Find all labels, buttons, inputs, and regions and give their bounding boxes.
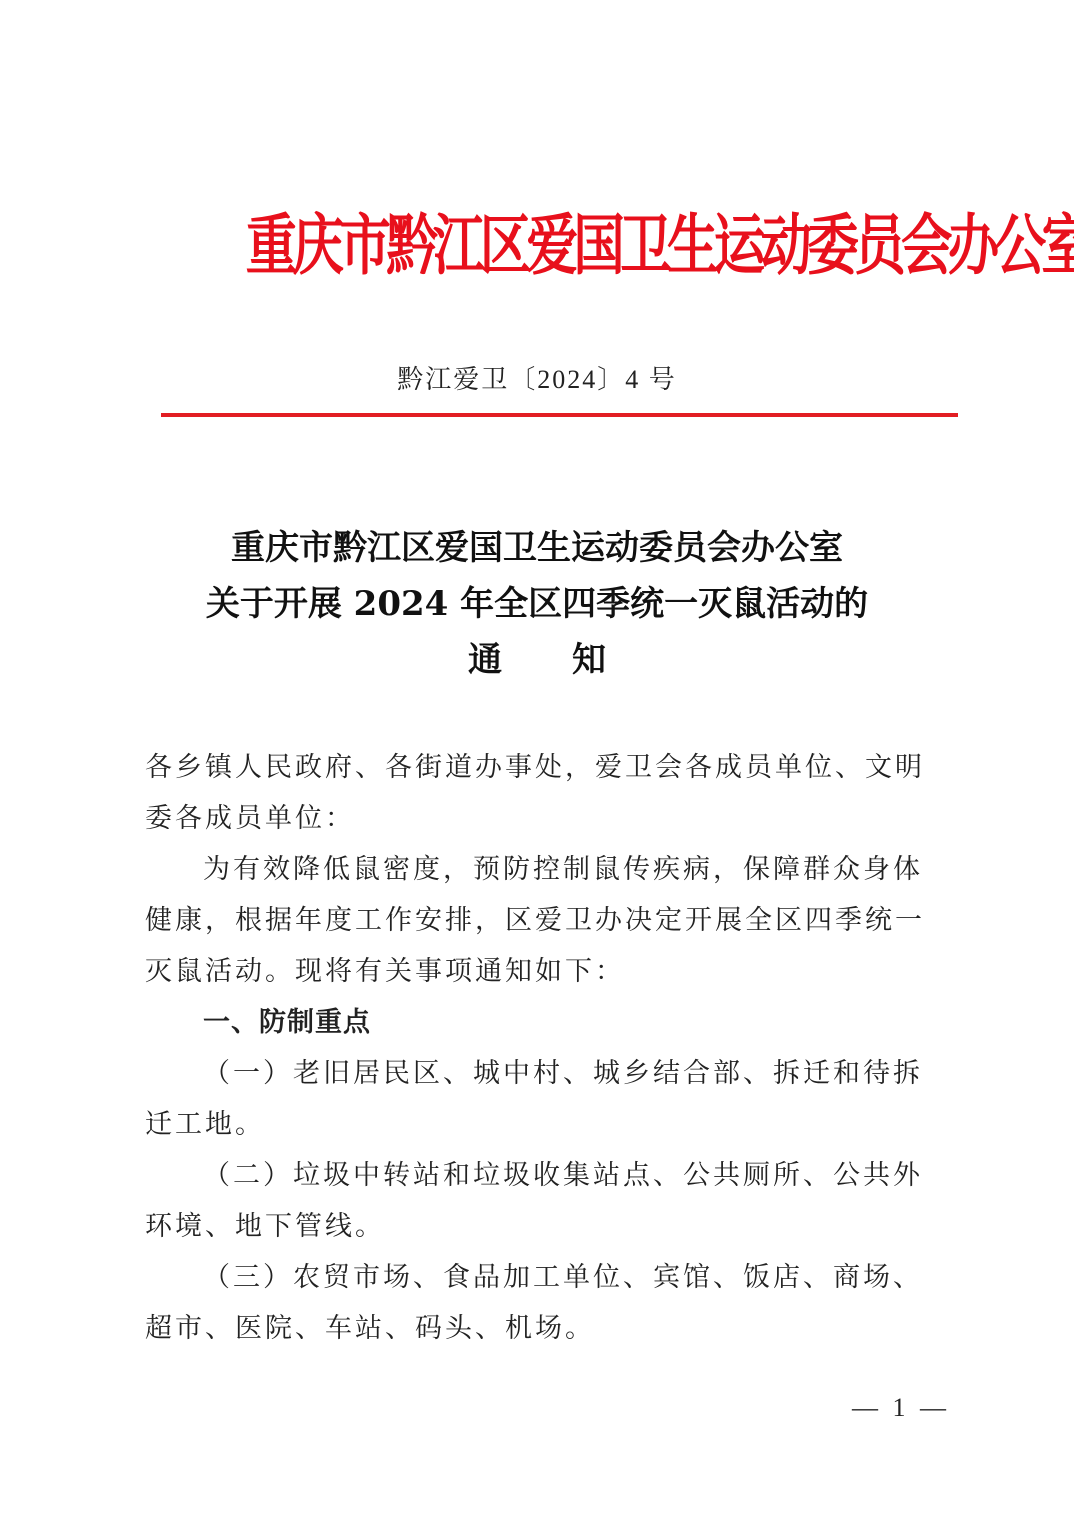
title-line-1: 重庆市黔江区爱国卫生运动委员会办公室: [0, 520, 1074, 576]
issuer-banner: 重庆市黔江区爱国卫生运动委员会办公室文件: [246, 190, 854, 300]
document-body: 各乡镇人民政府、各街道办事处，爱卫会各成员单位、文明委各成员单位： 为有效降低鼠…: [145, 742, 945, 1354]
document-page: 重庆市黔江区爱国卫生运动委员会办公室文件 黔江爱卫〔2024〕4 号 重庆市黔江…: [0, 0, 1074, 1520]
title-line-2: 关于开展 2024 年全区四季统一灭鼠活动的: [0, 576, 1074, 632]
recipients-paragraph: 各乡镇人民政府、各街道办事处，爱卫会各成员单位、文明委各成员单位：: [145, 742, 945, 844]
page-number: — 1 —: [850, 1388, 950, 1428]
list-item: （一）老旧居民区、城中村、城乡结合部、拆迁和待拆迁工地。: [145, 1048, 945, 1150]
red-separator-rule: [161, 413, 958, 417]
intro-paragraph: 为有效降低鼠密度，预防控制鼠传疾病，保障群众身体健康，根据年度工作安排，区爱卫办…: [145, 844, 945, 997]
document-title: 重庆市黔江区爱国卫生运动委员会办公室 关于开展 2024 年全区四季统一灭鼠活动…: [0, 520, 1074, 688]
list-item: （三）农贸市场、食品加工单位、宾馆、饭店、商场、超市、医院、车站、码头、机场。: [145, 1252, 945, 1354]
section-heading: 一、防制重点: [145, 997, 945, 1048]
title-line-3: 通知: [70, 632, 1074, 688]
document-number: 黔江爱卫〔2024〕4 号: [0, 360, 1074, 400]
list-item: （二）垃圾中转站和垃圾收集站点、公共厕所、公共外环境、地下管线。: [145, 1150, 945, 1252]
